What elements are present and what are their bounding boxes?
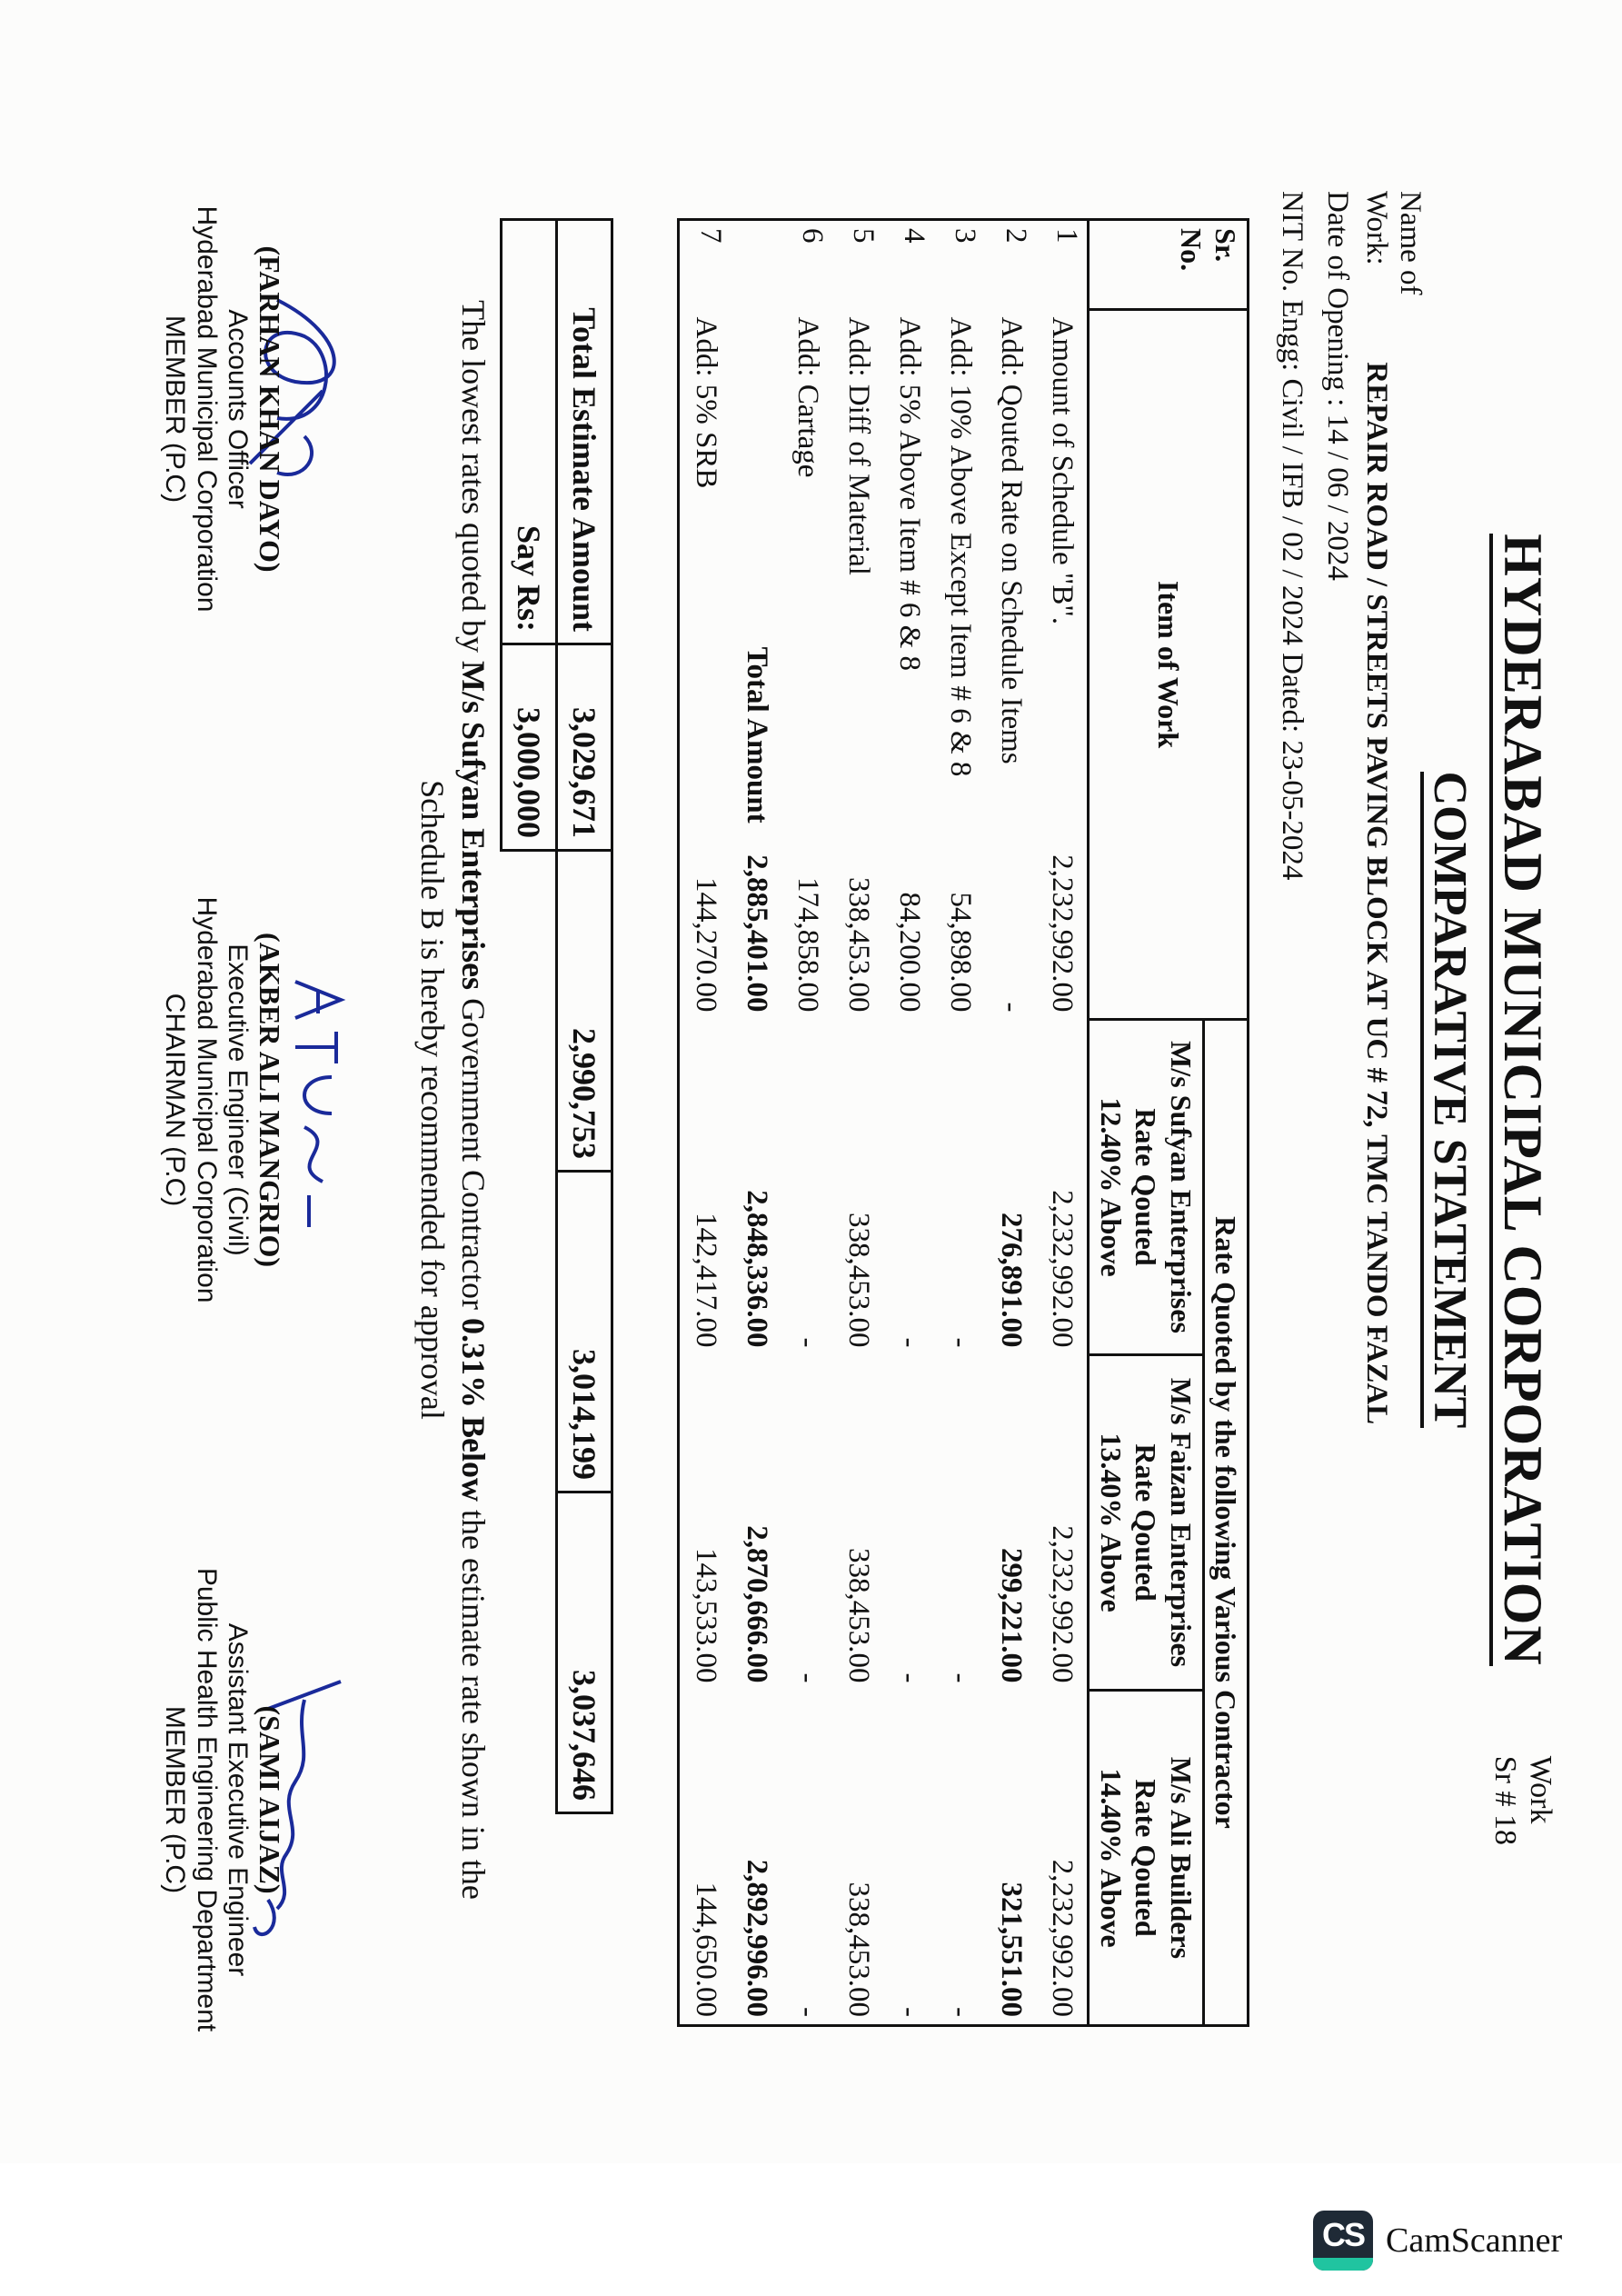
row-contractor-3: 2,892,996.00	[731, 1691, 781, 2026]
header-contractor-2: M/s Faizan Enterprises Rate Qouted 13.40…	[1089, 1355, 1203, 1691]
scanned-page: HYDERABAD MUNICIPAL CORPORATION COMPARAT…	[0, 0, 1622, 2163]
camscanner-logo-bar	[1313, 2258, 1373, 2271]
rec-percent: 0.31% Below	[455, 1318, 492, 1502]
signatory-org: Hyderabad Municipal Corporation	[190, 845, 222, 1354]
signatory-3: (SAMI AIJAZ) Assistant Executive Enginee…	[159, 1545, 286, 2054]
say-rs-value: 3,000,000	[502, 644, 557, 851]
camscanner-brand: CamScanner	[1386, 2221, 1562, 2261]
table-row: 4Add: 5% Above Item # 6 & 884,200.00---	[883, 220, 934, 2026]
row-estimate: 144,270.00	[679, 831, 731, 1020]
row-contractor-2: 143,533.00	[679, 1355, 731, 1691]
say-rs-row: Say Rs: 3,000,000	[502, 220, 557, 1813]
row-contractor-2: 338,453.00	[832, 1355, 883, 1691]
table-row: 5Add: Diff of Material338,453.00338,453.…	[832, 220, 883, 2026]
table-row: 6Add: Cartage174,858.00---	[781, 220, 832, 2026]
signatory-title: Accounts Officer	[222, 155, 254, 664]
row-contractor-2: -	[934, 1355, 985, 1691]
row-contractor-3: 321,551.00	[985, 1691, 1036, 2026]
table-body: 1Amount of Schedule "B".2,232,992.002,23…	[679, 220, 1089, 2026]
table-row: 2Add: Qouted Rate on Schedule Items-276,…	[985, 220, 1036, 2026]
row-sr-no: 3	[934, 220, 985, 310]
signatory-name: (AKBER ALI MANGRIO)	[253, 845, 286, 1354]
contractor-rate: 13.40% Above	[1093, 1363, 1128, 1682]
header-item-of-work: Item of Work	[1089, 310, 1249, 1020]
row-contractor-2: 2,870,666.00	[731, 1355, 781, 1691]
signatory-org: Hyderabad Municipal Corporation	[190, 155, 222, 664]
rec-suffix: the estimate rate shown in the	[455, 1502, 492, 1900]
row-contractor-3: 338,453.00	[832, 1691, 883, 2026]
org-title-text: HYDERABAD MUNICIPAL CORPORATION	[1489, 534, 1553, 1665]
total-estimate-label: Total Estimate Amount	[557, 220, 612, 644]
table-row: 1Amount of Schedule "B".2,232,992.002,23…	[1036, 220, 1089, 2026]
signatory-role: MEMBER (P.C)	[159, 1545, 191, 2054]
serial-number: Sr # 18	[1488, 1756, 1523, 1845]
contractor-rate-label: Rate Qouted	[1129, 1363, 1163, 1682]
row-sr-no	[731, 220, 781, 310]
say-rs-label: Say Rs:	[502, 220, 557, 644]
row-contractor-3: -	[883, 1691, 934, 2026]
contractor-rate-label: Rate Qouted	[1129, 1028, 1163, 1346]
signatory-title: Assistant Executive Engineer	[222, 1545, 254, 2054]
row-estimate: 174,858.00	[781, 831, 832, 1020]
total-estimate-contractor-2: 3,014,199	[557, 1172, 612, 1492]
row-contractor-3: -	[781, 1691, 832, 2026]
signatory-name: (SAMI AIJAZ)	[253, 1545, 286, 2054]
header-sr-no: Sr. No.	[1089, 220, 1249, 310]
rec-middle: Government Contractor	[455, 990, 492, 1318]
signatory-1: (FARHAN KHAN DAYO) Accounts Officer Hyde…	[159, 155, 286, 664]
recommendation-line-2: Schedule B is hereby recommended for app…	[410, 55, 454, 2145]
contractor-name: M/s Ali Builders	[1163, 1699, 1198, 2017]
row-contractor-1: 142,417.00	[679, 1020, 731, 1355]
signatory-role: CHAIRMAN (P.C)	[159, 845, 191, 1354]
row-contractor-1: -	[781, 1020, 832, 1355]
row-sr-no: 2	[985, 220, 1036, 310]
total-estimate-value: 3,029,671	[557, 644, 612, 851]
contractor-rate-label: Rate Qouted	[1129, 1699, 1163, 2017]
rec-prefix: The lowest rates quoted by	[455, 300, 492, 661]
row-item: Add: 5% Above Item # 6 & 8	[883, 310, 934, 831]
row-estimate: 54,898.00	[934, 831, 985, 1020]
camscanner-watermark: CS CamScanner	[1313, 2211, 1562, 2271]
header-contractor-group: Rate Quoted by the following Various Con…	[1203, 1020, 1248, 2026]
document-sheet: HYDERABAD MUNICIPAL CORPORATION COMPARAT…	[14, 55, 1595, 2145]
contractor-name: M/s Faizan Enterprises	[1163, 1363, 1198, 1682]
row-sr-no: 7	[679, 220, 731, 310]
total-amount-row: Total Amount2,885,401.002,848,336.002,87…	[731, 220, 781, 2026]
work-serial: Work Sr # 18	[1488, 1756, 1558, 1845]
name-of-work-label: Name of Work:	[1359, 191, 1427, 354]
nit-number: NIT No. Engg: Civil / IFB / 02 / 2024 Da…	[1275, 191, 1309, 880]
row-contractor-3: -	[934, 1691, 985, 2026]
signatory-2: (AKBER ALI MANGRIO) Executive Engineer (…	[159, 845, 286, 1354]
name-of-work-value: REPAIR ROAD / STREETS PAVING BLOCK AT UC…	[1360, 362, 1393, 1424]
row-sr-no: 6	[781, 220, 832, 310]
signatory-role: MEMBER (P.C)	[159, 155, 191, 664]
work-label: Work	[1523, 1756, 1558, 1845]
row-sr-no: 4	[883, 220, 934, 310]
row-estimate: 338,453.00	[832, 831, 883, 1020]
totals-table: Total Estimate Amount 3,029,671 2,990,75…	[500, 218, 613, 1814]
row-estimate: 2,232,992.00	[1036, 831, 1089, 1020]
row-estimate: -	[985, 831, 1036, 1020]
header-contractor-1: M/s Sufyan Enterprises Rate Qouted 12.40…	[1089, 1020, 1203, 1355]
row-contractor-1: 2,232,992.00	[1036, 1020, 1089, 1355]
camscanner-logo-text: CS	[1313, 2216, 1373, 2254]
signatory-org: Public Health Engineering Department	[190, 1545, 222, 2054]
signatory-name: (FARHAN KHAN DAYO)	[253, 155, 286, 664]
header-contractor-3: M/s Ali Builders Rate Qouted 14.40% Abov…	[1089, 1691, 1203, 2026]
total-estimate-row: Total Estimate Amount 3,029,671 2,990,75…	[557, 220, 612, 1813]
doc-title: COMPARATIVE STATEMENT	[1423, 55, 1477, 2145]
camscanner-logo-icon: CS	[1313, 2211, 1373, 2271]
contractor-rate: 12.40% Above	[1093, 1028, 1128, 1346]
recommendation-line-1: The lowest rates quoted by M/s Sufyan En…	[451, 55, 495, 2145]
row-contractor-2: -	[781, 1355, 832, 1691]
row-contractor-1: -	[934, 1020, 985, 1355]
date-of-opening: Date of Opening : 14 / 06 / 2024	[1320, 191, 1354, 581]
blank-cell	[502, 851, 557, 1813]
table-row: 7Add: 5% SRB144,270.00142,417.00143,533.…	[679, 220, 731, 2026]
row-item: Total Amount	[731, 310, 781, 831]
row-estimate: 2,885,401.00	[731, 831, 781, 1020]
rec-contractor: M/s Sufyan Enterprises	[455, 661, 492, 990]
row-contractor-3: 2,232,992.00	[1036, 1691, 1089, 2026]
row-contractor-2: -	[883, 1355, 934, 1691]
total-estimate-contractor-1: 2,990,753	[557, 851, 612, 1172]
row-item: Add: Cartage	[781, 310, 832, 831]
row-contractor-3: 144,650.00	[679, 1691, 731, 2026]
row-item: Add: Diff of Material	[832, 310, 883, 831]
row-item: Add: Qouted Rate on Schedule Items	[985, 310, 1036, 831]
row-estimate: 84,200.00	[883, 831, 934, 1020]
row-contractor-1: -	[883, 1020, 934, 1355]
row-contractor-2: 299,221.00	[985, 1355, 1036, 1691]
contractor-rate: 14.40% Above	[1093, 1699, 1128, 2017]
contractor-name: M/s Sufyan Enterprises	[1163, 1028, 1198, 1346]
row-item: Add: 10% Above Except Item # 6 & 8	[934, 310, 985, 831]
row-contractor-1: 276,891.00	[985, 1020, 1036, 1355]
name-of-work: Name of Work: REPAIR ROAD / STREETS PAVI…	[1359, 191, 1427, 1424]
row-sr-no: 5	[832, 220, 883, 310]
table-row: 3Add: 10% Above Except Item # 6 & 854,89…	[934, 220, 985, 2026]
signatory-title: Executive Engineer (Civil)	[222, 845, 254, 1354]
row-contractor-1: 2,848,336.00	[731, 1020, 781, 1355]
row-item: Amount of Schedule "B".	[1036, 310, 1089, 831]
doc-title-text: COMPARATIVE STATEMENT	[1420, 772, 1476, 1429]
row-item: Add: 5% SRB	[679, 310, 731, 831]
table-header-row: Sr. No. Item of Work Rate Quoted by the …	[1203, 220, 1248, 2026]
total-estimate-contractor-3: 3,037,646	[557, 1492, 612, 1813]
row-sr-no: 1	[1036, 220, 1089, 310]
row-contractor-2: 2,232,992.00	[1036, 1355, 1089, 1691]
row-contractor-1: 338,453.00	[832, 1020, 883, 1355]
comparative-table: Sr. No. Item of Work Rate Quoted by the …	[677, 218, 1249, 2027]
